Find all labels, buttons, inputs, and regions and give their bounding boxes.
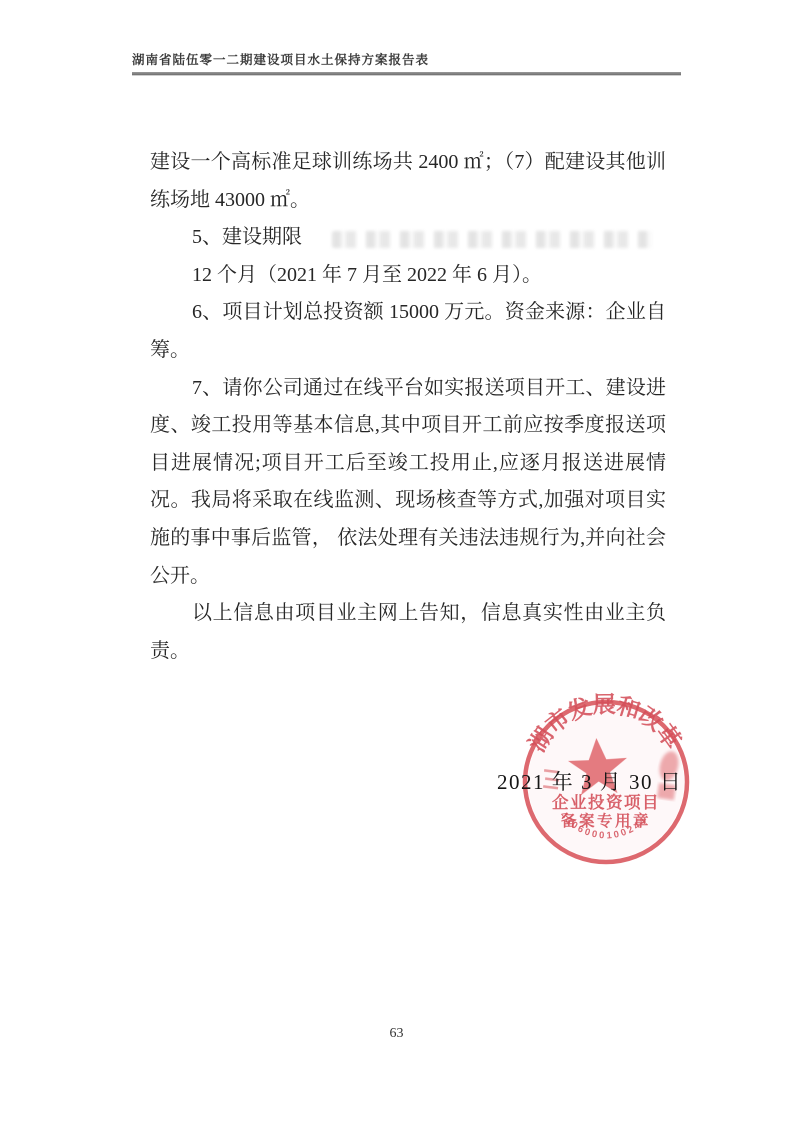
body-line: 7、请你公司通过在线平台如实报送项目开工、建设进: [150, 370, 666, 408]
header-rule: [132, 72, 681, 76]
body-line: 公开。: [150, 558, 666, 596]
body-line: 施的事中事后监管， 依法处理有关违法违规行为,并向社会: [150, 520, 666, 558]
page-number: 63: [0, 1026, 793, 1042]
date-text: 2021 年 3 月 30 日: [497, 766, 682, 796]
body-line: 练场地 43000 ㎡。: [150, 182, 666, 220]
header-title: 湖南省陆伍零一二期建设项目水土保持方案报告表: [132, 50, 681, 70]
body-line: 责。: [150, 633, 666, 671]
body-line: 筹。: [150, 332, 666, 370]
body-line: 建设一个高标准足球训练场共 2400 ㎡；（7）配建设其他训: [150, 144, 666, 182]
body-text: 建设一个高标准足球训练场共 2400 ㎡；（7）配建设其他训练场地 43000 …: [150, 144, 666, 670]
page-header: 湖南省陆伍零一二期建设项目水土保持方案报告表: [132, 50, 681, 76]
body-line: 目进展情况;项目开工后至竣工投用止,应逐月报送进展情: [150, 445, 666, 483]
body-line: 况。我局将采取在线监测、现场核查等方式,加强对项目实: [150, 482, 666, 520]
body-line: 5、建设期限: [150, 219, 666, 257]
body-line: 度、竣工投用等基本信息,其中项目开工前应按季度报送项: [150, 407, 666, 445]
body-line: 以上信息由项目业主网上告知，信息真实性由业主负: [150, 595, 666, 633]
body-line: 6、项目计划总投资额 15000 万元。资金来源：企业自: [150, 294, 666, 332]
body-line: 12 个月（2021 年 7 月至 2022 年 6 月）。: [150, 257, 666, 295]
